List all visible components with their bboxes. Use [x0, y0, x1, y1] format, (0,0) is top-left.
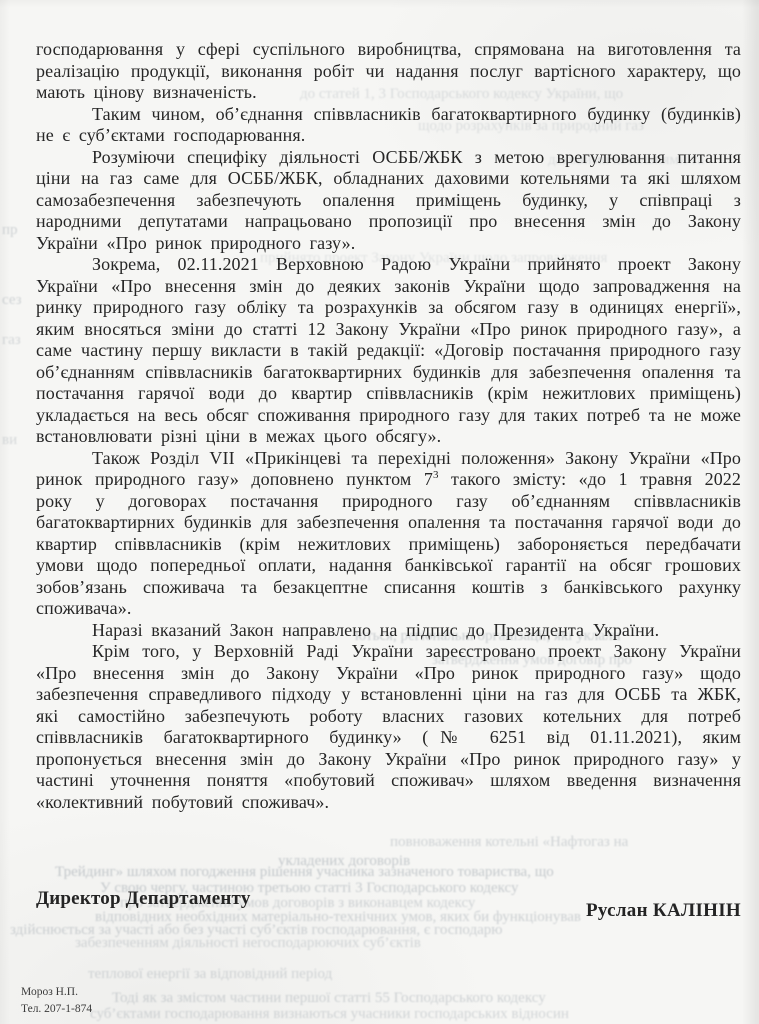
executor-name: Мороз Н.П.	[21, 984, 92, 1001]
letter-body: господарювання у сфері суспільного вироб…	[36, 39, 741, 813]
paragraph-law-sent-to-president: Наразі вказаний Закон направлено на підп…	[36, 620, 741, 642]
paragraph-law-draft-02-11-2021: Зокрема, 02.11.2021 Верховною Радою Укра…	[36, 254, 741, 448]
paragraph-section-vii-amendment: Також Розділ VII «Прикінцеві та перехідн…	[36, 448, 741, 620]
bleedthrough-text: ви	[2, 432, 28, 449]
bleedthrough-text: суб’єктами господарювання визнаються уча…	[90, 1006, 690, 1023]
bleedthrough-text: теплової енергії за відповідний період	[88, 966, 448, 983]
signature-block: Директор Департаменту Руслан КАЛІНІН	[36, 888, 741, 922]
bleedthrough-text: газ	[2, 332, 28, 349]
bleedthrough-text: пр	[2, 222, 28, 239]
paragraph-osbb-zhbk-specifics: Розуміючи специфіку діяльності ОСББ/ЖБК …	[36, 147, 741, 255]
scanned-document-page: до статей 1, 3 Господарського кодексу Ук…	[0, 0, 759, 1024]
signer-name: Руслан КАЛІНІН	[586, 900, 741, 922]
bleedthrough-text: укладених договорів	[278, 853, 508, 870]
paragraph-text-after-sup: такого змісту: «до 1 травня 2022 року у …	[36, 469, 741, 618]
executor-footer: Мороз Н.П. Тел. 207-1-874	[21, 984, 92, 1019]
executor-phone: Тел. 207-1-874	[21, 1001, 92, 1018]
bleedthrough-text: Трейдинг» шляхом погодження рішення учас…	[55, 864, 745, 881]
paragraph-draft-6251: Крім того, у Верховній Раді України заре…	[36, 641, 741, 813]
signer-position: Директор Департаменту	[36, 888, 251, 910]
paragraph-continuation: господарювання у сфері суспільного вироб…	[36, 39, 741, 104]
bleedthrough-text: сез	[2, 292, 28, 309]
paragraph-conclusion-osbb: Таким чином, об’єднання співвласників ба…	[36, 104, 741, 147]
bleedthrough-text: здійснюється за участі або без участі су…	[10, 922, 750, 939]
bleedthrough-text: повноваження котельні «Нафтогаз на	[390, 834, 745, 851]
bleedthrough-text: забезпеченням діяльності негосподарюючих…	[75, 935, 555, 952]
bleedthrough-text: Тоді як за змістом частини першої статті…	[112, 990, 682, 1007]
